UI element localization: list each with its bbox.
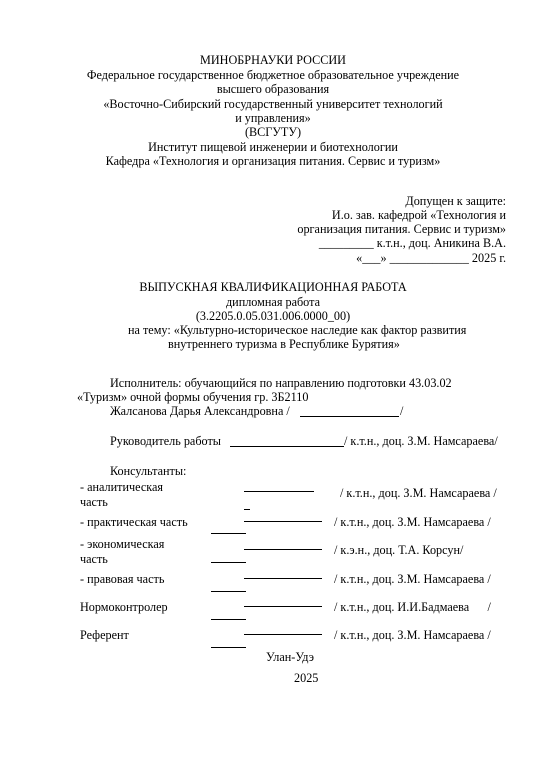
consultant-signature-line bbox=[244, 578, 322, 579]
approval-line3: организация питания. Сервис и туризм» bbox=[297, 222, 506, 236]
consultant-signature-line-tail bbox=[211, 533, 246, 534]
consultant-signature-line-tail bbox=[211, 591, 246, 592]
supervisor-label: Руководитель работы bbox=[110, 434, 221, 448]
consultant-signature-line bbox=[244, 491, 314, 492]
institution-line2: высшего образования bbox=[0, 82, 546, 96]
executor-signature-line bbox=[300, 416, 399, 417]
supervisor-person: / к.т.н., доц. З.М. Намсараева/ bbox=[344, 434, 498, 448]
approval-signature-line: _________ к.т.н., доц. Аникина В.А. bbox=[319, 236, 506, 250]
consultant-signature-line-tail bbox=[211, 562, 246, 563]
consultant-signature-line-tail bbox=[211, 619, 246, 620]
topic-line1: на тему: «Культурно-историческое наследи… bbox=[128, 323, 466, 337]
executor-line2: «Туризм» очной формы обучения гр. 3Б2110 bbox=[77, 390, 308, 404]
institute-name: Институт пищевой инженерии и биотехнолог… bbox=[0, 140, 546, 154]
ministry-name: МИНОБРНАУКИ РОССИИ bbox=[0, 53, 546, 67]
consultant-label: - экономическая bbox=[80, 537, 164, 551]
consultant-person: / к.т.н., доц. З.М. Намсараева / bbox=[334, 515, 491, 529]
consultant-person: / к.т.н., доц. З.М. Намсараева / bbox=[334, 628, 491, 642]
university-line2: и управления» bbox=[0, 111, 546, 125]
year: 2025 bbox=[294, 671, 318, 685]
consultant-label: Референт bbox=[80, 628, 129, 642]
executor-line1: Исполнитель: обучающийся по направлению … bbox=[110, 376, 452, 390]
consultant-signature-line bbox=[244, 606, 322, 607]
executor-signature-end: / bbox=[400, 404, 403, 418]
consultant-person: / к.т.н., доц. З.М. Намсараева / bbox=[334, 572, 491, 586]
supervisor-signature-line bbox=[230, 446, 344, 447]
consultant-signature-line bbox=[244, 634, 322, 635]
consultant-person: / к.э.н., доц. Т.А. Корсун/ bbox=[334, 543, 463, 557]
institution-line1: Федеральное государственное бюджетное об… bbox=[0, 68, 546, 82]
consultant-person: / к.т.н., доц. З.М. Намсараева / bbox=[340, 486, 497, 500]
approval-line2: И.о. зав. кафедрой «Технология и bbox=[332, 208, 506, 222]
topic-line2: внутреннего туризма в Республике Бурятия… bbox=[168, 337, 400, 351]
consultant-label-cont: часть bbox=[80, 552, 108, 566]
consultant-signature-line-tail bbox=[211, 647, 246, 648]
work-type: дипломная работа bbox=[0, 295, 546, 309]
consultant-signature-line-tail bbox=[244, 509, 250, 510]
work-code: (3.2205.0.05.031.006.0000_00) bbox=[0, 309, 546, 323]
consultant-person: / к.т.н., доц. И.И.Бадмаева / bbox=[334, 600, 491, 614]
department-name: Кафедра «Технология и организация питани… bbox=[0, 154, 546, 168]
consultant-label: - аналитическая bbox=[80, 480, 163, 494]
approval-heading: Допущен к защите: bbox=[405, 194, 506, 208]
university-abbreviation: (ВСГУТУ) bbox=[0, 125, 546, 139]
consultant-signature-line bbox=[244, 549, 322, 550]
consultant-label: - правовая часть bbox=[80, 572, 164, 586]
consultant-label: - практическая часть bbox=[80, 515, 188, 529]
university-line1: «Восточно-Сибирский государственный унив… bbox=[0, 97, 546, 111]
city: Улан-Удэ bbox=[266, 650, 314, 664]
consultant-label-cont: часть bbox=[80, 495, 108, 509]
approval-date-line: «___» _____________ 2025 г. bbox=[356, 251, 506, 265]
work-title: ВЫПУСКНАЯ КВАЛИФИКАЦИОННАЯ РАБОТА bbox=[0, 280, 546, 294]
consultant-label: Нормоконтролер bbox=[80, 600, 168, 614]
consultant-signature-line bbox=[244, 521, 322, 522]
executor-name: Жалсанова Дарья Александровна / bbox=[110, 404, 290, 418]
consultants-heading: Консультанты: bbox=[110, 464, 186, 478]
